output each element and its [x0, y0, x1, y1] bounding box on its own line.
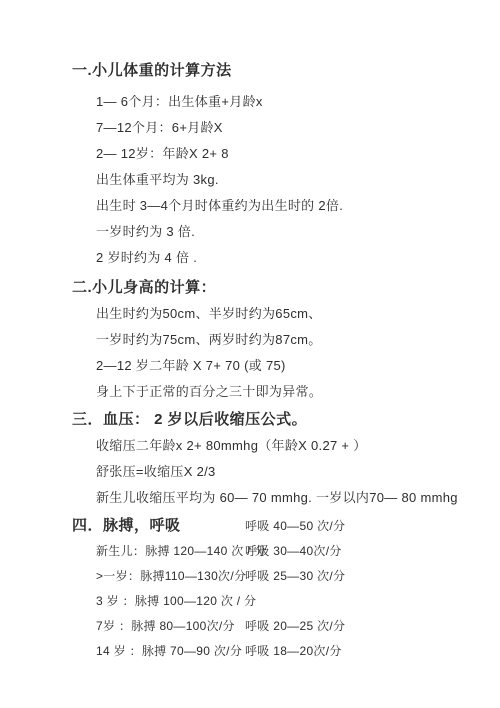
pulse-value: 14 岁 ：脉搏 70—90 次/分	[96, 639, 245, 664]
text-line: 1— 6个月：出生体重+月龄x	[72, 89, 470, 115]
pulse-value: 新生儿：脉搏 120—140 次 / 分	[96, 539, 245, 564]
text-line: 一岁时约为75cm、两岁时约为87cm。	[72, 327, 470, 353]
text-line: 新生儿收缩压平均为 60— 70 mmhg. 一岁以内70— 80 mmhg	[72, 485, 470, 511]
text-line: 2—12 岁二年龄 X 7+ 70 (或 75)	[72, 353, 470, 379]
respiration-value: 呼吸 30—40次/分	[245, 539, 342, 564]
text-line: 一岁时约为 3 倍.	[72, 219, 470, 245]
respiration-value: 呼吸 25—30 次/分	[245, 564, 345, 589]
text-line: 2 岁时约为 4 倍 .	[72, 245, 470, 271]
vitals-row-over-1y: >一岁：脉搏110—130次/分 呼吸 25—30 次/分	[72, 564, 470, 589]
vitals-row-7y: 7岁 ：脉搏 80—100次/分 呼吸 20—25 次/分	[72, 614, 470, 639]
pulse-value: 3 岁 ：脉搏 100—120 次 / 分	[96, 589, 245, 614]
vitals-row-3y: 3 岁 ：脉搏 100—120 次 / 分	[72, 589, 470, 614]
respiration-value: 呼吸 18—20次/分	[245, 639, 342, 664]
text-line: 出生时 3—4个月时体重约为出生时的 2倍.	[72, 193, 470, 219]
section-heading-pulse-respiration: 四．脉搏，呼吸	[72, 513, 245, 539]
text-line: 身上下于正常的百分之三十即为异常。	[72, 379, 470, 405]
respiration-value: 呼吸 40—50 次/分	[245, 513, 345, 539]
section-heading-weight: 一.小儿体重的计算方法	[72, 58, 470, 84]
text-line: 7—12个月：6+月龄X	[72, 115, 470, 141]
vitals-header-row: 四．脉搏，呼吸 呼吸 40—50 次/分	[72, 513, 470, 539]
pulse-value: >一岁：脉搏110—130次/分	[96, 564, 245, 589]
text-line: 2— 12岁：年龄X 2+ 8	[72, 141, 470, 167]
vitals-row-newborn: 新生儿：脉搏 120—140 次 / 分 呼吸 30—40次/分	[72, 539, 470, 564]
text-line: 出生时约为50cm、半岁时约为65cm、	[72, 301, 470, 327]
text-line: 收缩压二年龄x 2+ 80mmhg（年龄X 0.27 + ）	[72, 433, 470, 459]
text-line: 出生体重平均为 3kg.	[72, 167, 470, 193]
document-content: 一.小儿体重的计算方法 1— 6个月：出生体重+月龄x 7—12个月：6+月龄X…	[0, 0, 500, 664]
text-line: 舒张压=收缩压X 2/3	[72, 459, 470, 485]
document-page: 一.小儿体重的计算方法 1— 6个月：出生体重+月龄x 7—12个月：6+月龄X…	[0, 0, 500, 708]
section-heading-blood-pressure: 三．血压： 2 岁以后收缩压公式。	[72, 407, 470, 433]
respiration-value: 呼吸 20—25 次/分	[245, 614, 345, 639]
vitals-row-14y: 14 岁 ：脉搏 70—90 次/分 呼吸 18—20次/分	[72, 639, 470, 664]
pulse-value: 7岁 ：脉搏 80—100次/分	[96, 614, 245, 639]
section-heading-height: 二.小儿身高的计算：	[72, 275, 470, 301]
